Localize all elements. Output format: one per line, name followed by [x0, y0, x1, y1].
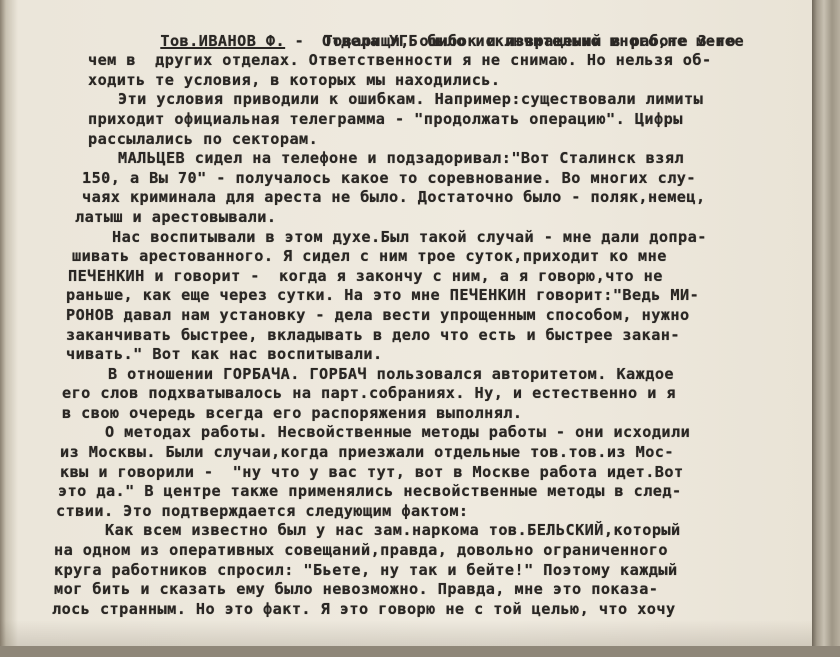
text-line: чем в других отделах. Ответственности я … — [0, 51, 744, 71]
first-line: Тов.ИВАНОВ Ф. - Товарищи, ошибок и извра… — [0, 12, 744, 32]
page-bottom-shadow — [0, 646, 840, 657]
text-line: чивать." Вот как нас воспитывали. — [0, 345, 744, 365]
text-line: ходить те условия, в которых мы находили… — [0, 71, 744, 91]
text-line: лось странным. Но это факт. Я это говорю… — [0, 600, 744, 620]
text-line: Нас воспитывали в этом духе.Был такой сл… — [0, 228, 744, 248]
page-stack-edge — [812, 0, 840, 657]
text-line: Эти условия приводили к ошибкам. Наприме… — [0, 90, 744, 110]
text-line: В отношении ГОРБАЧА. ГОРБАЧ пользовался … — [0, 365, 744, 385]
text-line: раньше, как еще через сутки. На это мне … — [0, 286, 744, 306]
text-line: латыш и арестовывали. — [0, 208, 744, 228]
text-line: 150, а Вы 70" - получалось какое то соре… — [0, 169, 744, 189]
text-line: чаях криминала для ареста не было. Доста… — [0, 188, 744, 208]
text-line: рассылались по секторам. — [0, 130, 744, 150]
text-line: его слов подхватывалось на парт.собрания… — [0, 384, 744, 404]
text-line: мог бить и сказать ему было невозможно. … — [0, 580, 744, 600]
text-line: Как всем известно был у нас зам.наркома … — [0, 521, 744, 541]
text-line: РОНОВ давал нам установку - дела вести у… — [0, 306, 744, 326]
text-line: МАЛЬЦЕВ сидел на телефоне и подзадоривал… — [0, 149, 744, 169]
text-line: из Москвы. Были случаи,когда приезжали о… — [0, 443, 744, 463]
text-line: в свою очередь всегда его распоряжения в… — [0, 404, 744, 424]
text-line: квы и говорили - "ну что у вас тут, вот … — [0, 463, 744, 483]
typewritten-text: Тов.ИВАНОВ Ф. - Товарищи, ошибок и извра… — [0, 12, 744, 619]
text-line: круга работников спросил: "Бьете, ну так… — [0, 561, 744, 581]
text-line: О методах работы. Несвойственные методы … — [0, 423, 744, 443]
text-line: ПЕЧЕНКИН и говорит - когда я закончу с н… — [0, 267, 744, 287]
text-line: на одном из оперативных совещаний,правда… — [0, 541, 744, 561]
text-line: это да." В центре также применялись несв… — [0, 482, 744, 502]
text-line: шивать арестованного. Я сидел с ним трое… — [0, 247, 744, 267]
text-line: Отдела УГБ было исключительно много,не м… — [0, 32, 744, 52]
text-line: заканчивать быстрее, вкладывать в дело ч… — [0, 326, 744, 346]
text-line: ствии. Это подтверждается следующим факт… — [0, 502, 744, 522]
text-line: приходит официальная телеграмма - "продо… — [0, 110, 744, 130]
